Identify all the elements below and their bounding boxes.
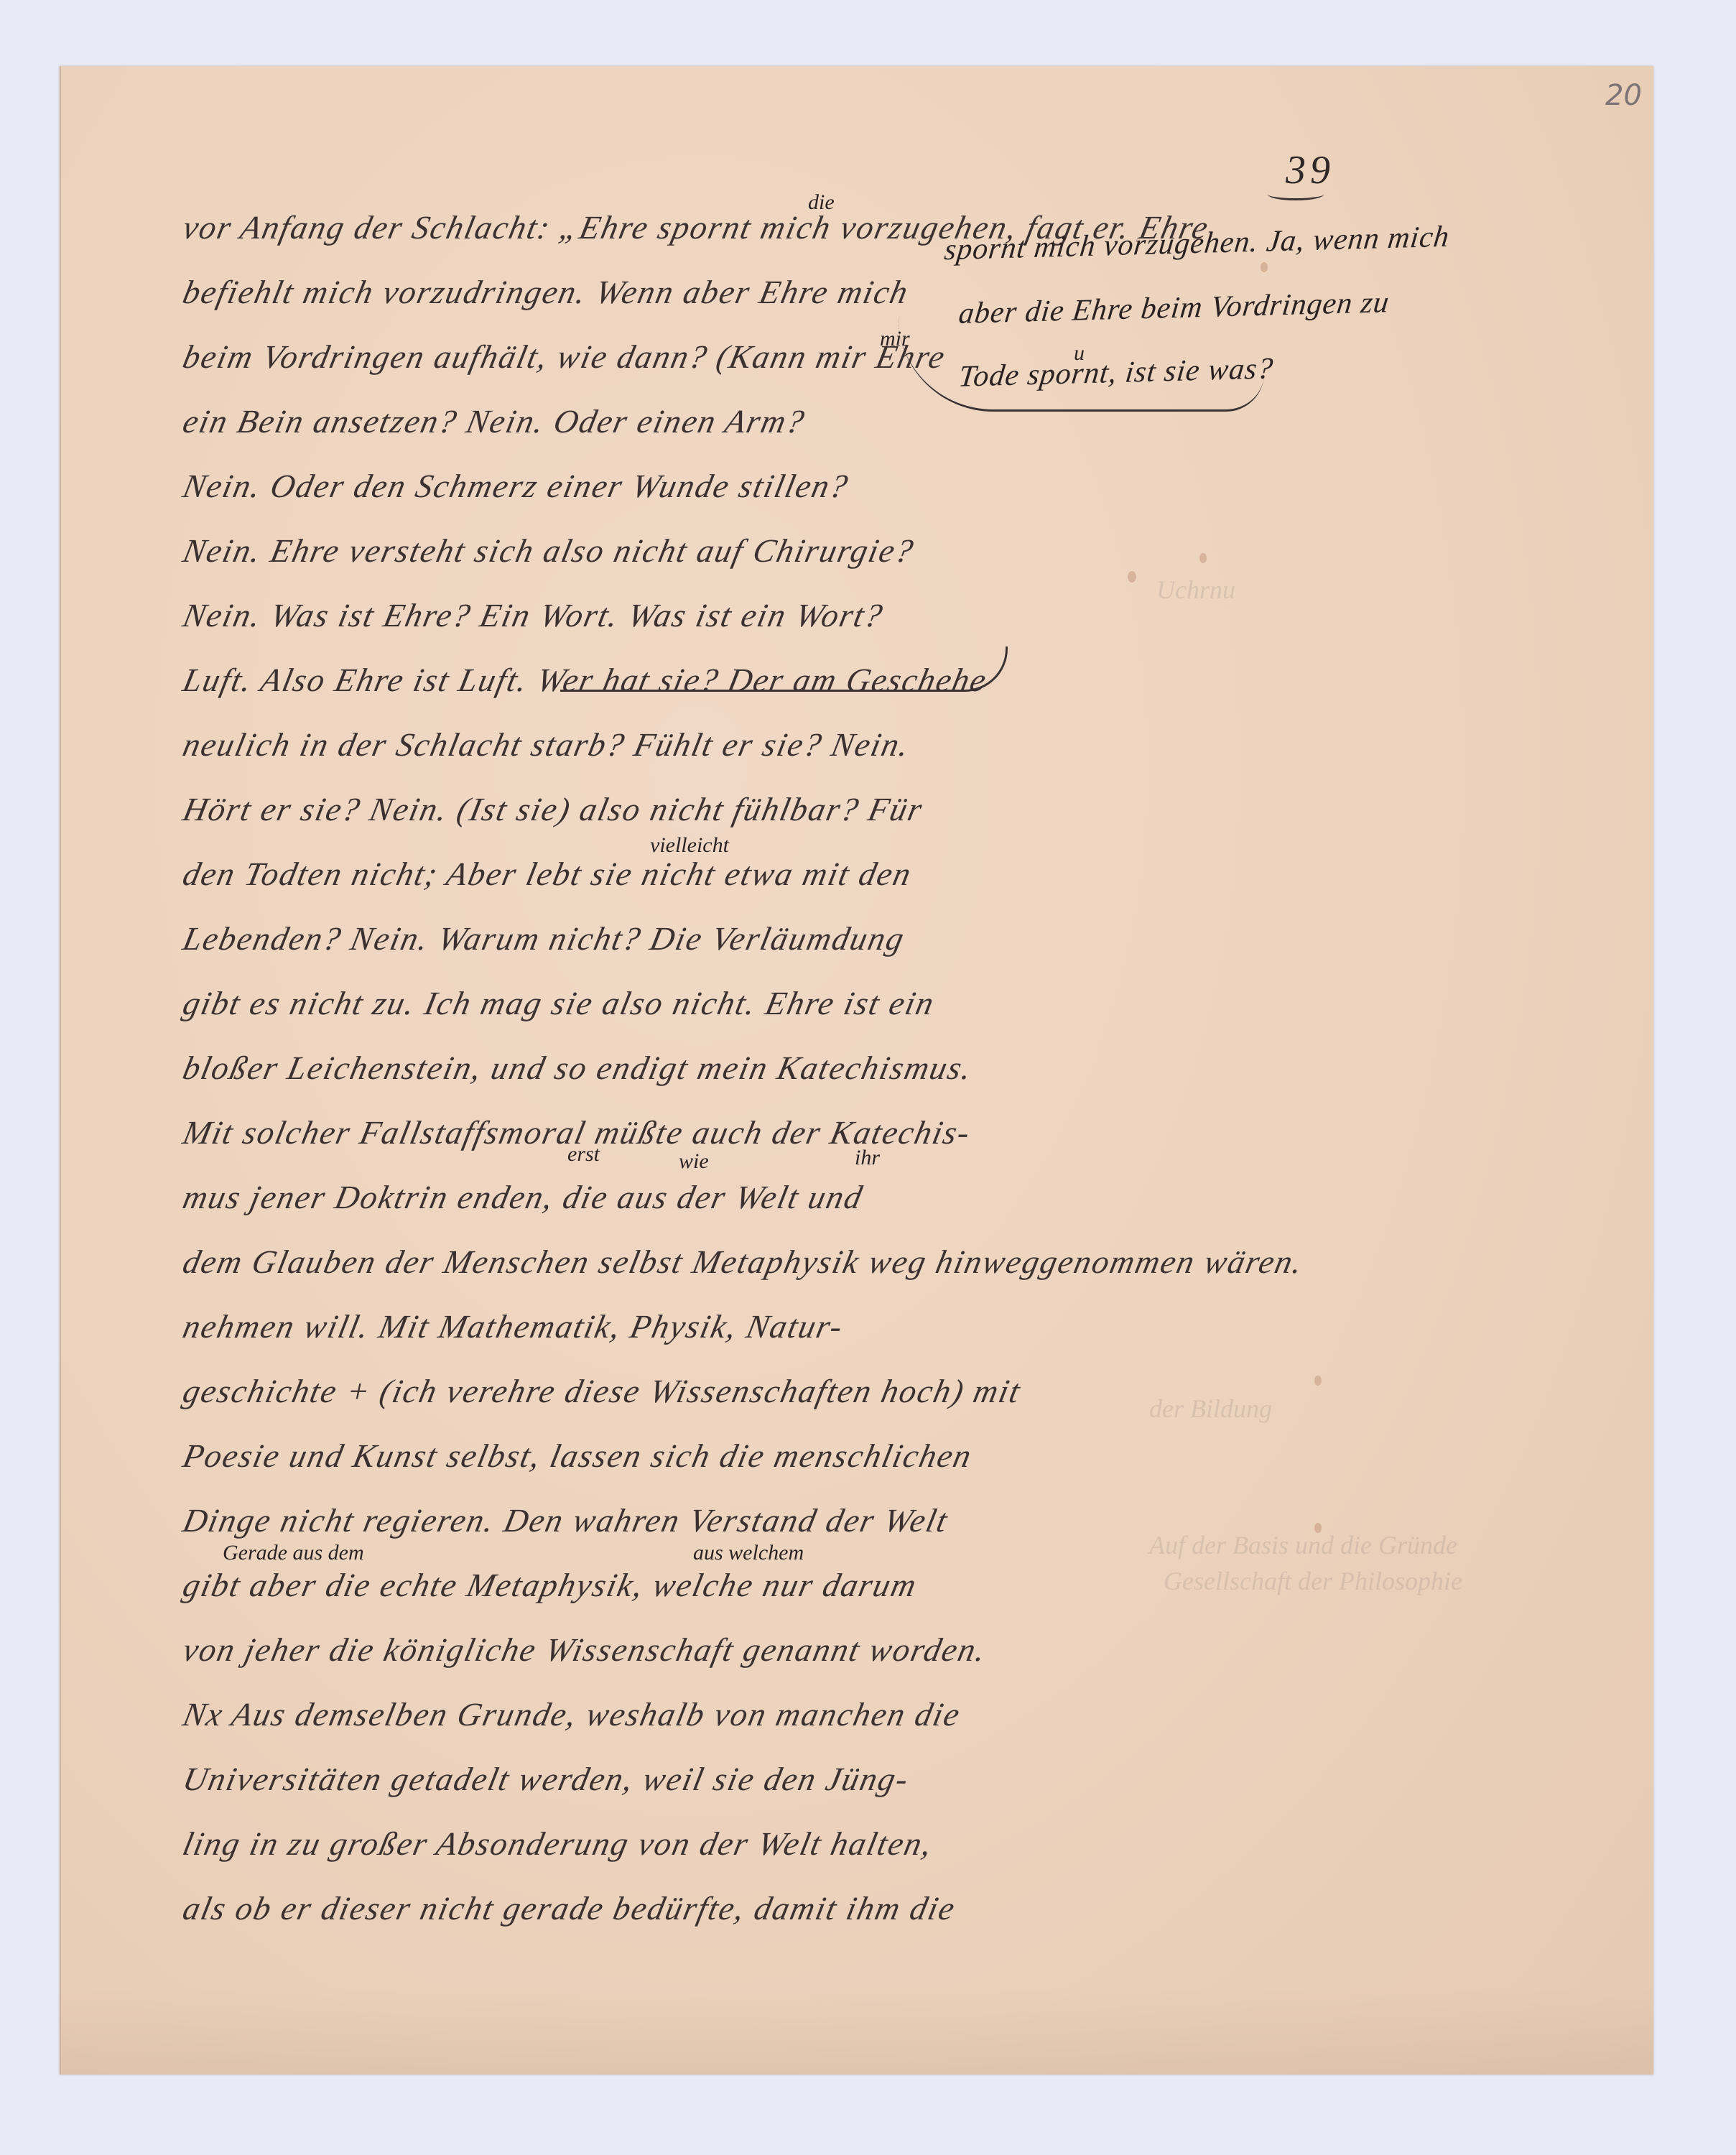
manuscript-line-7: Nein. Was ist Ehre? Ein Wort. Was ist ei… <box>180 596 887 634</box>
manuscript-line-24: Nx Aus demselben Grunde, weshalb von man… <box>180 1695 965 1733</box>
insertion-wie: wie <box>679 1149 709 1174</box>
manuscript-line-11: den Todten nicht; Aber lebt sie nicht et… <box>180 855 916 893</box>
manuscript-line-6: Nein. Ehre versteht sich also nicht auf … <box>180 532 918 570</box>
folio-number: 20 <box>1605 79 1642 112</box>
manuscript-line-26: ling in zu großer Absonderung von der We… <box>180 1825 937 1863</box>
manuscript-line-2: befiehlt mich vorzudringen. Wenn aber Eh… <box>180 273 912 311</box>
insertion-die: die <box>808 190 835 215</box>
manuscript-line-21: Dinge nicht regieren. Den wahren Verstan… <box>180 1501 952 1539</box>
manuscript-line-13: gibt es nicht zu. Ich mag sie also nicht… <box>180 984 939 1022</box>
manuscript-line-5: Nein. Oder den Schmerz einer Wunde still… <box>180 467 853 505</box>
manuscript-line-9: neulich in der Schlacht starb? Fühlt er … <box>180 726 914 764</box>
insertion-vielleicht: vielleicht <box>650 833 729 858</box>
page-number: 39 <box>1286 147 1335 193</box>
manuscript-line-18: nehmen will. Mit Mathematik, Physik, Nat… <box>180 1307 847 1345</box>
insertion-aus-welchem: aus welchem <box>693 1541 804 1565</box>
manuscript-line-16: mus jener Doktrin enden, die aus der Wel… <box>180 1178 867 1216</box>
manuscript-line-17: dem Glauben der Menschen selbst Metaphys… <box>180 1243 1307 1281</box>
manuscript-line-23: von jeher die königliche Wissenschaft ge… <box>180 1631 990 1669</box>
manuscript-line-3: beim Vordringen aufhält, wie dann? (Kann… <box>180 338 950 376</box>
manuscript-line-10: Hört er sie? Nein. (Ist sie) also nicht … <box>180 790 927 828</box>
manuscript-line-22: gibt aber die echte Metaphysik, welche n… <box>180 1566 921 1604</box>
manuscript-line-27: als ob er dieser nicht gerade bedürfte, … <box>180 1889 960 1927</box>
manuscript-line-19: geschichte + (ich verehre diese Wissensc… <box>180 1372 1025 1410</box>
manuscript-line-4: ein Bein ansetzen? Nein. Oder einen Arm? <box>180 402 809 440</box>
ink-stain <box>1261 262 1268 272</box>
ink-stain <box>1314 1376 1322 1386</box>
insertion-gerade-aus-dem: Gerade aus dem <box>223 1541 364 1565</box>
manuscript-line-20: Poesie und Kunst selbst, lassen sich die… <box>180 1437 976 1475</box>
ink-stain <box>1128 571 1136 583</box>
insertion-connector-curve <box>898 316 1264 412</box>
insertion-erst: erst <box>567 1142 600 1167</box>
circled-insertion-curve <box>560 646 1008 692</box>
manuscript-line-25: Universitäten getadelt werden, weil sie … <box>180 1760 913 1798</box>
manuscript-line-14: bloßer Leichenstein, und so endigt mein … <box>180 1049 976 1087</box>
page-number-underline <box>1268 188 1324 200</box>
manuscript-line-12: Lebenden? Nein. Warum nicht? Die Verläum… <box>180 919 909 958</box>
ink-stain <box>1199 553 1207 563</box>
insertion-ihr: ihr <box>855 1146 880 1170</box>
